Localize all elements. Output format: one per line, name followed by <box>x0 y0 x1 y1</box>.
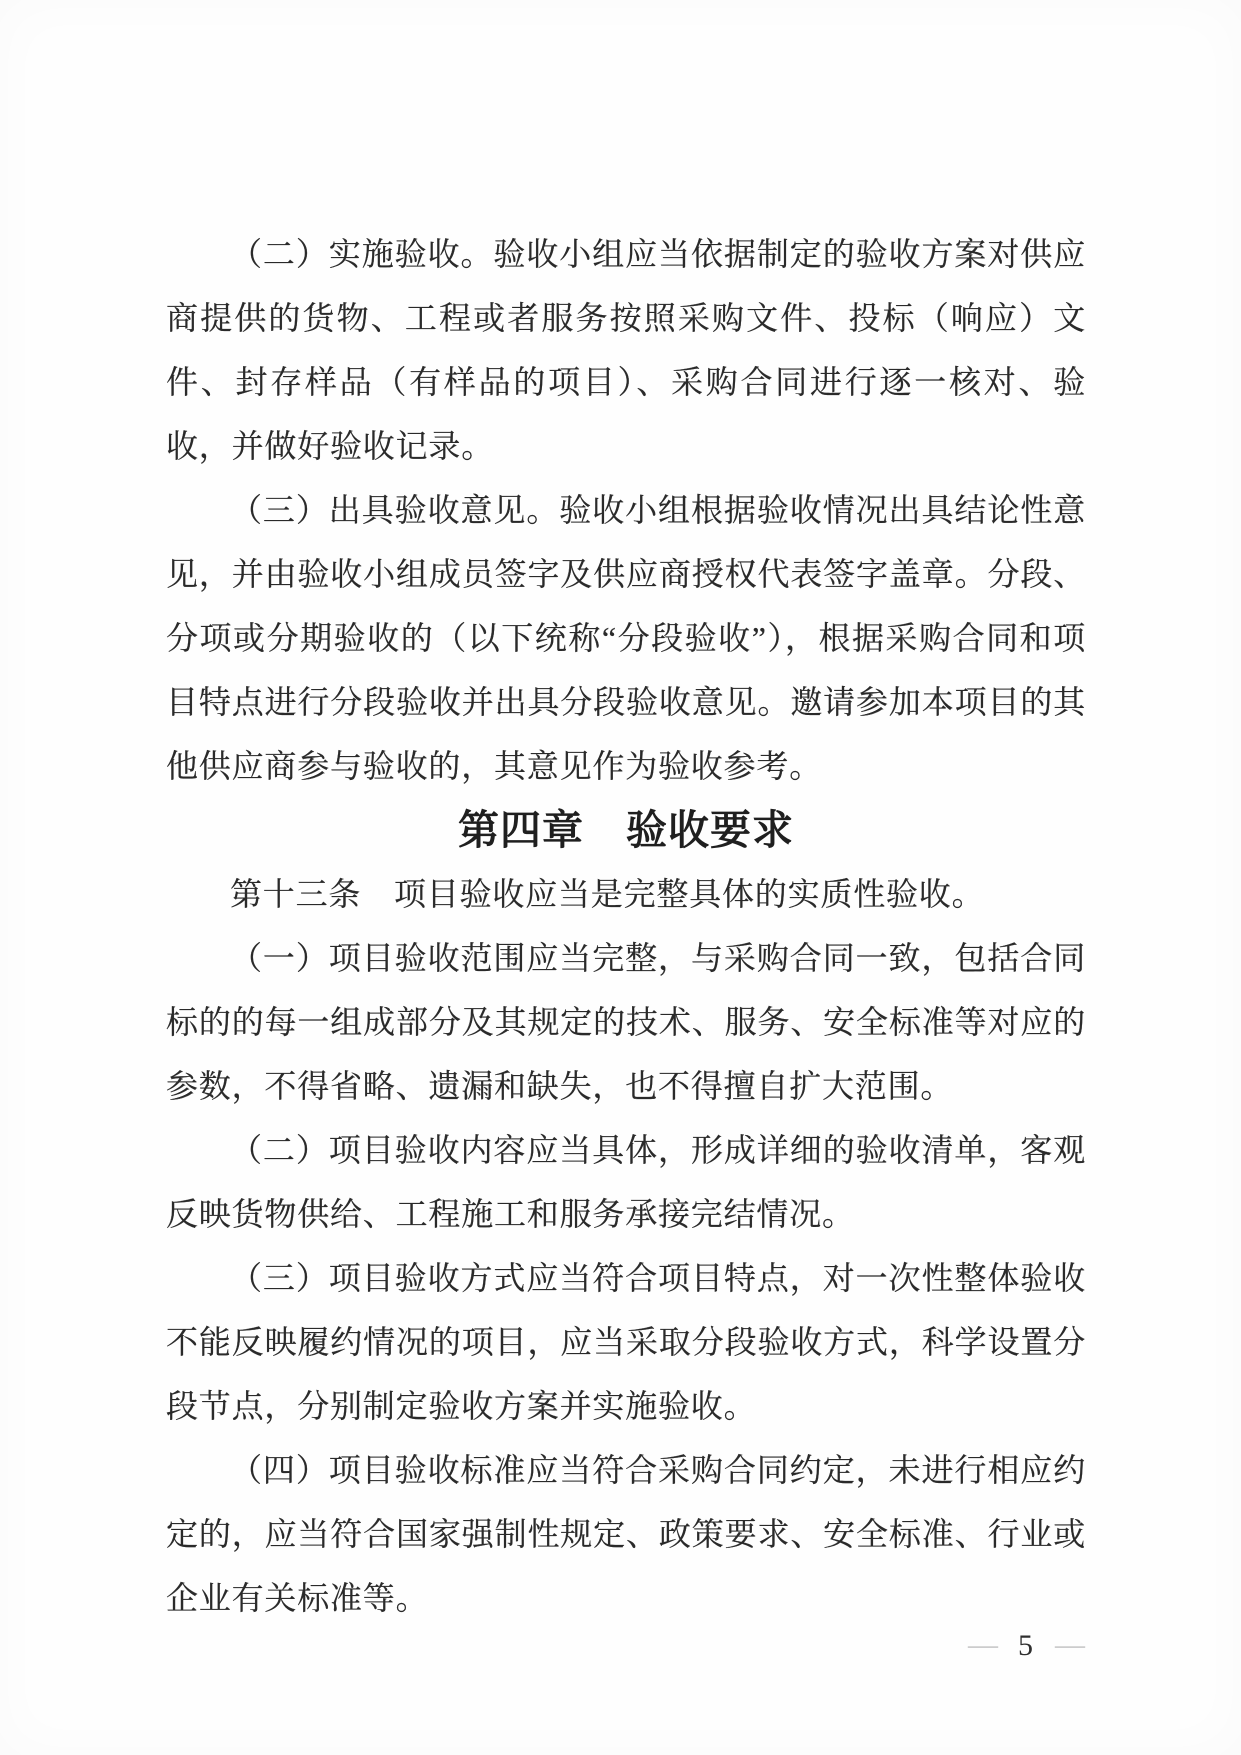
page-number: 5 <box>1018 1630 1033 1662</box>
paragraph-item-2-content: （二）项目验收内容应当具体，形成详细的验收清单，客观反映货物供给、工程施工和服务… <box>166 1118 1086 1246</box>
page-footer: — 5 — <box>968 1630 1083 1662</box>
footer-left-dash: — <box>968 1637 996 1655</box>
paragraph-article-13: 第十三条 项目验收应当是完整具体的实质性验收。 <box>166 862 1086 926</box>
footer-right-dash: — <box>1055 1637 1083 1655</box>
document-body: （二）实施验收。验收小组应当依据制定的验收方案对供应商提供的货物、工程或者服务按… <box>166 222 1086 1630</box>
document-page: （二）实施验收。验收小组应当依据制定的验收方案对供应商提供的货物、工程或者服务按… <box>0 0 1241 1755</box>
paragraph-impl-acceptance: （二）实施验收。验收小组应当依据制定的验收方案对供应商提供的货物、工程或者服务按… <box>166 222 1086 478</box>
paragraph-item-4-standard: （四）项目验收标准应当符合采购合同约定，未进行相应约定的，应当符合国家强制性规定… <box>166 1438 1086 1630</box>
chapter-heading: 第四章 验收要求 <box>166 798 1086 862</box>
paragraph-item-1-scope: （一）项目验收范围应当完整，与采购合同一致，包括合同标的的每一组成部分及其规定的… <box>166 926 1086 1118</box>
paragraph-issue-opinion: （三）出具验收意见。验收小组根据验收情况出具结论性意见，并由验收小组成员签字及供… <box>166 478 1086 798</box>
paragraph-item-3-method: （三）项目验收方式应当符合项目特点，对一次性整体验收不能反映履约情况的项目，应当… <box>166 1246 1086 1438</box>
